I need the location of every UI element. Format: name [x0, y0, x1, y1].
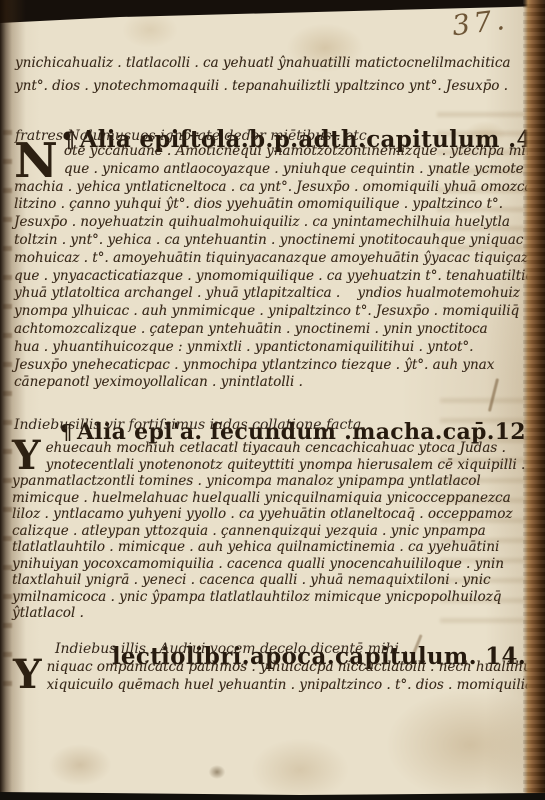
section-incipit-1: fratres Nolumusuos ignorate dedor miētib…	[15, 128, 371, 144]
manuscript-line: ymilnamicoca . ynic ŷpampa tlatlatlauhti…	[12, 589, 532, 606]
book-fore-edge	[523, 0, 545, 800]
manuscript-line: ypanmatlactzontli tomines . ynicompa man…	[12, 473, 532, 490]
manuscript-line: machia . yehica yntlaticneltoca . ca ynt…	[14, 179, 534, 197]
manuscript-line: ynompa ylhuicac . auh ynmimicque . ynipa…	[14, 303, 534, 321]
manuscript-line: que . ynyacacticatiazque . ynomomiquiliq…	[14, 268, 534, 286]
manuscript-line: liloz . yntlacamo yuhyeni yyollo . ca yy…	[12, 506, 532, 523]
manuscript-line: calizque . atleypan yttozquia . çannenqu…	[12, 523, 532, 540]
manuscript-line: ynihuiyan yocoxcamomiquilia . cacenca qu…	[12, 556, 532, 573]
section-incipit-2: Indiebusillis vir fortiſsimus iudas coll…	[14, 417, 366, 433]
manuscript-line: xiquicuilo quēmach huel yehuantin . ynip…	[13, 677, 533, 695]
manuscript-line: yhuā ytlatoltica archangel . yhuā ytlapi…	[14, 285, 534, 303]
manuscript-line: mohuicaz . t°. amoyehuātin tiquinyacanaz…	[14, 250, 534, 268]
manuscript-line: mimicque . huelmelahuac huelqualli ynicq…	[12, 490, 532, 507]
manuscript-line: que . ynicamo antlaocoyazque . yniuhque …	[14, 161, 534, 179]
manuscript-photo: 37. ynichicahualiz . tlatlacolli . ca ye…	[0, 0, 545, 800]
manuscript-line: achtomozcalizque . çatepan yntehuātin . …	[14, 321, 534, 339]
folio-number: 37.	[450, 3, 510, 43]
manuscript-line: ehuecauh mochiuh cetlacatl tiyacauh cenc…	[12, 440, 532, 457]
section-body-3-lines: niquac ompanicatca pathmos . ylhuicacpa …	[13, 659, 533, 694]
manuscript-page: 37. ynichicahualiz . tlatlacolli . ca ye…	[0, 0, 545, 800]
manuscript-line: hua . yhuantihuicozque : ynmixtli . ypan…	[14, 339, 534, 357]
manuscript-line: litzino . çanno yuhqui ŷt°. dios yyehuāt…	[14, 196, 534, 214]
manuscript-line: ynichicahualiz . tlatlacolli . ca yehuat…	[15, 52, 510, 75]
manuscript-line: ynotecentlali ynotenonotz quiteyttiti yn…	[12, 457, 532, 474]
section-body-2-lines: ehuecauh mochiuh cetlacatl tiyacauh cenc…	[12, 440, 532, 622]
manuscript-line: Jesuxp̄o . noyehuatzin quihualmohuiquili…	[14, 214, 534, 232]
intro-lines: ynichicahualiz . tlatlacolli . ca yehuat…	[15, 52, 510, 98]
section-body-3: Y niquac ompanicatca pathmos . ylhuicacp…	[13, 659, 533, 694]
manuscript-line: ote yccahuane . Amoticnequi ynamotzotzon…	[14, 143, 534, 161]
manuscript-line: ynt°. dios . ynotechmomaquili . tepanahu…	[15, 75, 510, 98]
manuscript-line: toltzin . ynt°. yehica . ca yntehuantin …	[14, 232, 534, 250]
section-body-1-lines: ote yccahuane . Amoticnequi ynamotzotzon…	[14, 143, 534, 392]
manuscript-line: tlaxtlahuil ynigrā . yeneci . cacenca qu…	[12, 572, 532, 589]
manuscript-line: Jesuxp̄o ynehecaticpac . ynmochipa ytlan…	[14, 357, 534, 375]
book-gutter-shadow	[0, 0, 26, 800]
section-body-2: Y ehuecauh mochiuh cetlacatl tiyacauh ce…	[12, 440, 532, 622]
manuscript-line: niquac ompanicatca pathmos . ylhuicacpa …	[13, 659, 533, 677]
section-body-1: N ote yccahuane . Amoticnequi ynamotzotz…	[14, 143, 534, 392]
manuscript-line: tlatlatlauhtilo . mimicque . auh yehica …	[12, 539, 532, 556]
section-incipit-3: Indiebus illis . Audiui vocem decelo dic…	[55, 641, 408, 657]
manuscript-line: cānepanotl yeximoyollalican . ynintlatol…	[14, 374, 534, 392]
